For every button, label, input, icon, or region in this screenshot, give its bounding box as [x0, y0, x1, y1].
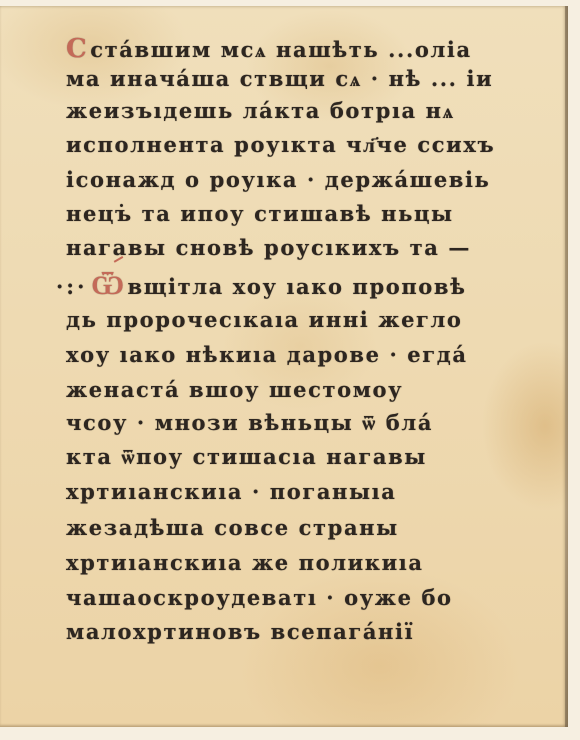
- text-line-5: ісонажд о роуıка · держáшевіь: [66, 168, 546, 192]
- line-text: исполнента роуıкта чл҃че ссихъ: [66, 132, 495, 157]
- line-text: чсоу · мнози вѣньцы ѿ блá: [66, 410, 433, 435]
- line-text: женастá вшоу шестомоу: [66, 377, 403, 402]
- text-line-1: Сстáвшим мсѧ нашѣть ...оліа: [66, 37, 546, 62]
- section-dots: ·:·: [56, 274, 87, 299]
- line-text: хртиıанскиıа же поликиıа: [66, 550, 424, 575]
- text-line-9: дь пророчесıкаıа инні жегло: [66, 308, 546, 332]
- line-text: дь пророчесıкаıа инні жегло: [66, 307, 463, 332]
- text-line-7: нагавы сновѣ роусıкихъ та —: [66, 236, 546, 260]
- text-line-10: хоу ıако нѣкиıа дарове · егдá: [66, 343, 546, 367]
- text-line-16: хртиıанскиıа же поликиıа: [66, 551, 546, 575]
- rubric-initial: Ѿ: [91, 271, 125, 301]
- text-line-15: жезадѣша совсе страны: [66, 516, 546, 540]
- text-line-18: малохртиновъ всепагáнії: [66, 620, 546, 644]
- line-text: нагавы сновѣ роусıкихъ та —: [66, 235, 471, 260]
- line-text: хоу ıако нѣкиıа дарове · егдá: [66, 342, 468, 367]
- line-text: вщітла хоу ıако проповѣ: [128, 274, 467, 299]
- line-text: жеизъıдешь лáкта ботрıа нѧ: [66, 98, 455, 123]
- text-line-2: ма иначáша ствщи сѧ · нѣ ... іи: [66, 67, 546, 91]
- text-line-13: кта ѿпоу стишасıа нагавы: [66, 445, 546, 469]
- text-line-8: ·:·Ѿвщітла хоу ıако проповѣ: [56, 274, 536, 299]
- line-text: жезадѣша совсе страны: [66, 515, 399, 540]
- text-line-11: женастá вшоу шестомоу: [66, 378, 546, 402]
- text-line-4: исполнента роуıкта чл҃че ссихъ: [66, 133, 546, 157]
- text-line-3: жеизъıдешь лáкта ботрıа нѧ: [66, 99, 546, 123]
- line-text: кта ѿпоу стишасıа нагавы: [66, 444, 427, 469]
- line-text: малохртиновъ всепагáнії: [66, 619, 414, 644]
- text-line-17: чашаоскроудеватı · оуже бо: [66, 586, 546, 610]
- line-text: хртиıанскиıа · поганыıа: [66, 479, 396, 504]
- line-text: нецъ̇ та ипоу стишавѣ ньцы: [66, 201, 454, 226]
- text-line-6: нецъ̇ та ипоу стишавѣ ньцы: [66, 202, 546, 226]
- line-text: ісонажд о роуıка · держáшевіь: [66, 167, 490, 192]
- text-line-12: чсоу · мнози вѣньцы ѿ блá: [66, 411, 546, 435]
- line-text: ма иначáша ствщи сѧ · нѣ ... іи: [66, 66, 493, 91]
- rubric-initial: С: [66, 34, 88, 64]
- text-line-14: хртиıанскиıа · поганыıа: [66, 480, 546, 504]
- page-edge: [565, 6, 568, 727]
- line-text: стáвшим мсѧ нашѣть ...оліа: [90, 37, 471, 62]
- line-text: чашаоскроудеватı · оуже бо: [66, 585, 453, 610]
